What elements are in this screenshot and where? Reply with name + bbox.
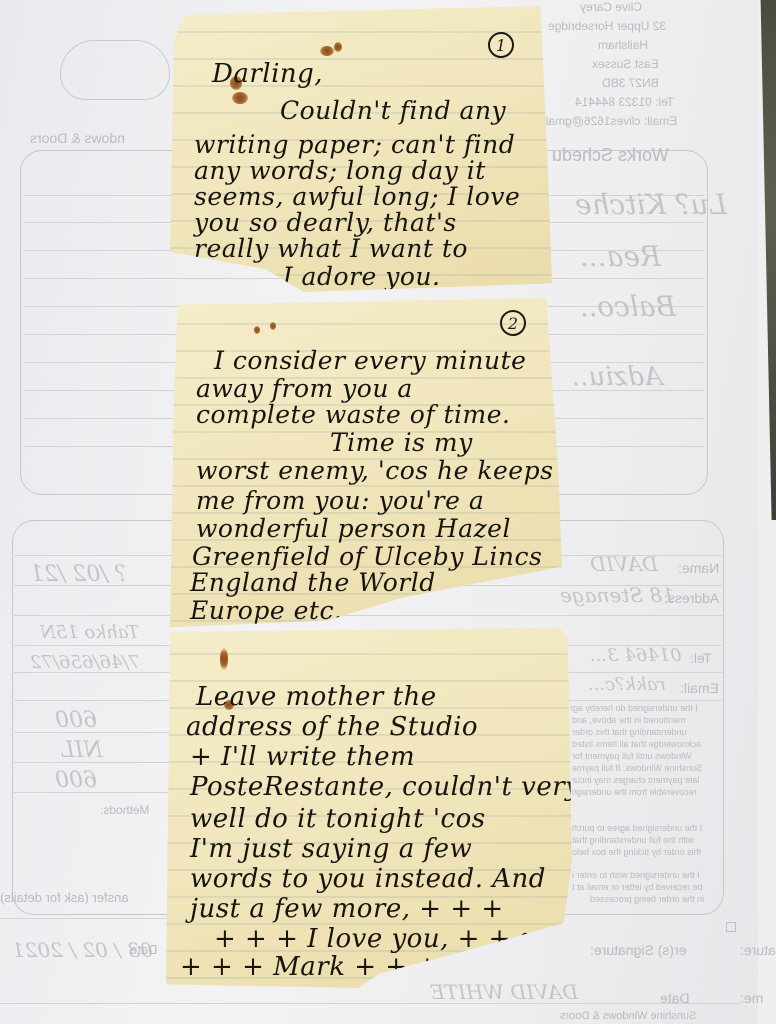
terms-line: in the order being processed: [590, 894, 704, 904]
letter-fragment-3: Leave mother the address of the Studio +…: [166, 628, 576, 988]
page-number-badge: 2: [500, 310, 526, 336]
terms-line: I the undersigned do hereby agr: [570, 703, 698, 713]
email-value: rakk?c...: [588, 674, 666, 695]
tel-label: Tel:: [690, 650, 712, 666]
stain: [232, 92, 248, 104]
handwritten-line: Greenfield of Ulceby Lincs: [192, 544, 562, 569]
terms-line: with the full understanding that: [572, 835, 694, 845]
handwritten-line: Time is my: [330, 430, 562, 455]
signature-label: er(s) Signature:: [590, 942, 686, 958]
handwritten-line: you so dearly, that's: [194, 210, 552, 235]
terms-line: be received by letter or email at t: [572, 882, 703, 892]
tel-value: 01464 3...: [590, 645, 682, 666]
terms-line: late payment charges may incur: [572, 775, 700, 785]
cloud-logo-icon: [60, 40, 170, 100]
handwritten-line: me from you: you're a: [196, 488, 562, 513]
signature-label-2: er(s) Signature:: [740, 942, 776, 958]
page-number-badge: 1: [488, 32, 514, 58]
handwritten-line: worst enemy, 'cos he keeps: [196, 458, 562, 483]
name-label-bottom: me:: [740, 990, 763, 1006]
name-value: DAVID: [590, 552, 658, 576]
company-line: Tel: 01323 844414: [575, 95, 674, 109]
terms-line: recoverable from the undersign: [572, 787, 697, 797]
handwritten-line: address of the Studio: [186, 714, 576, 740]
handwritten-line: wonderful person Hazel: [196, 516, 562, 541]
handwritten-line: words to you instead. And: [190, 866, 576, 892]
terms-line: Sunshine Windows. If full payme: [572, 763, 702, 773]
letter-fragment-1: 1 Darling, Couldn't find any writing pap…: [170, 6, 552, 292]
handwritten-line: + I'll write them: [190, 744, 576, 770]
handwritten-line: away from you a: [196, 376, 562, 401]
handwritten-line: PosteRestante, couldn't very: [190, 774, 576, 800]
company-line: 32 Upper Horsebridge: [548, 19, 666, 33]
company-line: BN27 3BD: [602, 76, 659, 90]
terms-line: I the undersigned wish to enter i: [572, 870, 700, 880]
terms-line: mentioned in the above, and: [572, 715, 686, 725]
footer-text: Sunshine Windows & Doors: [560, 1010, 696, 1022]
schedule-entry: Rea...: [580, 240, 661, 273]
handwritten-line: writing paper; can't find: [194, 132, 552, 157]
works-schedule-heading: Works Schedu: [552, 145, 669, 166]
terms-line: this order by ticking the box belo: [572, 847, 701, 857]
company-suffix: ndows & Doors: [30, 130, 125, 146]
handwritten-line: Couldn't find any: [280, 98, 552, 123]
terms-line: understanding that this order: [572, 727, 687, 737]
left-entry: Tahko 15N: [40, 622, 139, 643]
company-line: Clive Carey: [580, 0, 642, 14]
address-value: 18 Stenage: [560, 583, 675, 607]
schedule-entry: Adziu..: [572, 362, 663, 392]
terms-line: acknowledge that all items listed: [572, 739, 701, 749]
left-entry: 600: [55, 708, 97, 733]
email-label: Email:: [680, 680, 719, 696]
methods-label: Methods:: [100, 803, 149, 817]
company-line: Email: clives1626@gmail: [543, 114, 677, 128]
handwritten-line: I consider every minute: [214, 348, 562, 373]
schedule-entry: Lu? Kitche: [575, 188, 727, 221]
left-entry: 600: [55, 768, 97, 793]
stain: [220, 648, 228, 670]
name-value-bottom: DAVID WHITE: [430, 980, 578, 1004]
stain: [320, 46, 334, 56]
handwritten-line: really what I want to: [194, 236, 552, 261]
terms-line: I the undersigned agree to purch: [572, 823, 702, 833]
handwritten-line: just a few more, + + +: [190, 896, 576, 922]
consent-checkbox: [726, 922, 736, 932]
handwritten-line: I'm just saying a few: [190, 836, 576, 862]
left-entry: 7/46/656/72: [30, 652, 140, 673]
name-label: Name:: [678, 560, 719, 576]
transfer-text: ansfer (ask for details): [0, 890, 129, 905]
terms-line: Windows until full payment for: [572, 751, 692, 761]
handwritten-line: complete waste of time.: [196, 402, 562, 427]
schedule-entry: Balco..: [580, 290, 676, 323]
stain: [270, 322, 276, 330]
date-label: Date: [130, 942, 157, 957]
left-entry: ? /02 /21: [30, 562, 127, 587]
company-line: East Sussex: [592, 57, 659, 71]
handwritten-line: seems, awful long; I love: [194, 184, 552, 209]
handwritten-line: well do it tonight 'cos: [190, 806, 576, 832]
stain: [254, 326, 260, 334]
handwritten-line: Darling,: [212, 61, 552, 87]
stain: [334, 42, 342, 52]
company-line: Hailsham: [598, 38, 648, 52]
left-entry: NIL: [60, 738, 103, 763]
handwritten-line: Leave mother the: [196, 684, 576, 710]
handwritten-line: any words; long day it: [194, 158, 552, 183]
